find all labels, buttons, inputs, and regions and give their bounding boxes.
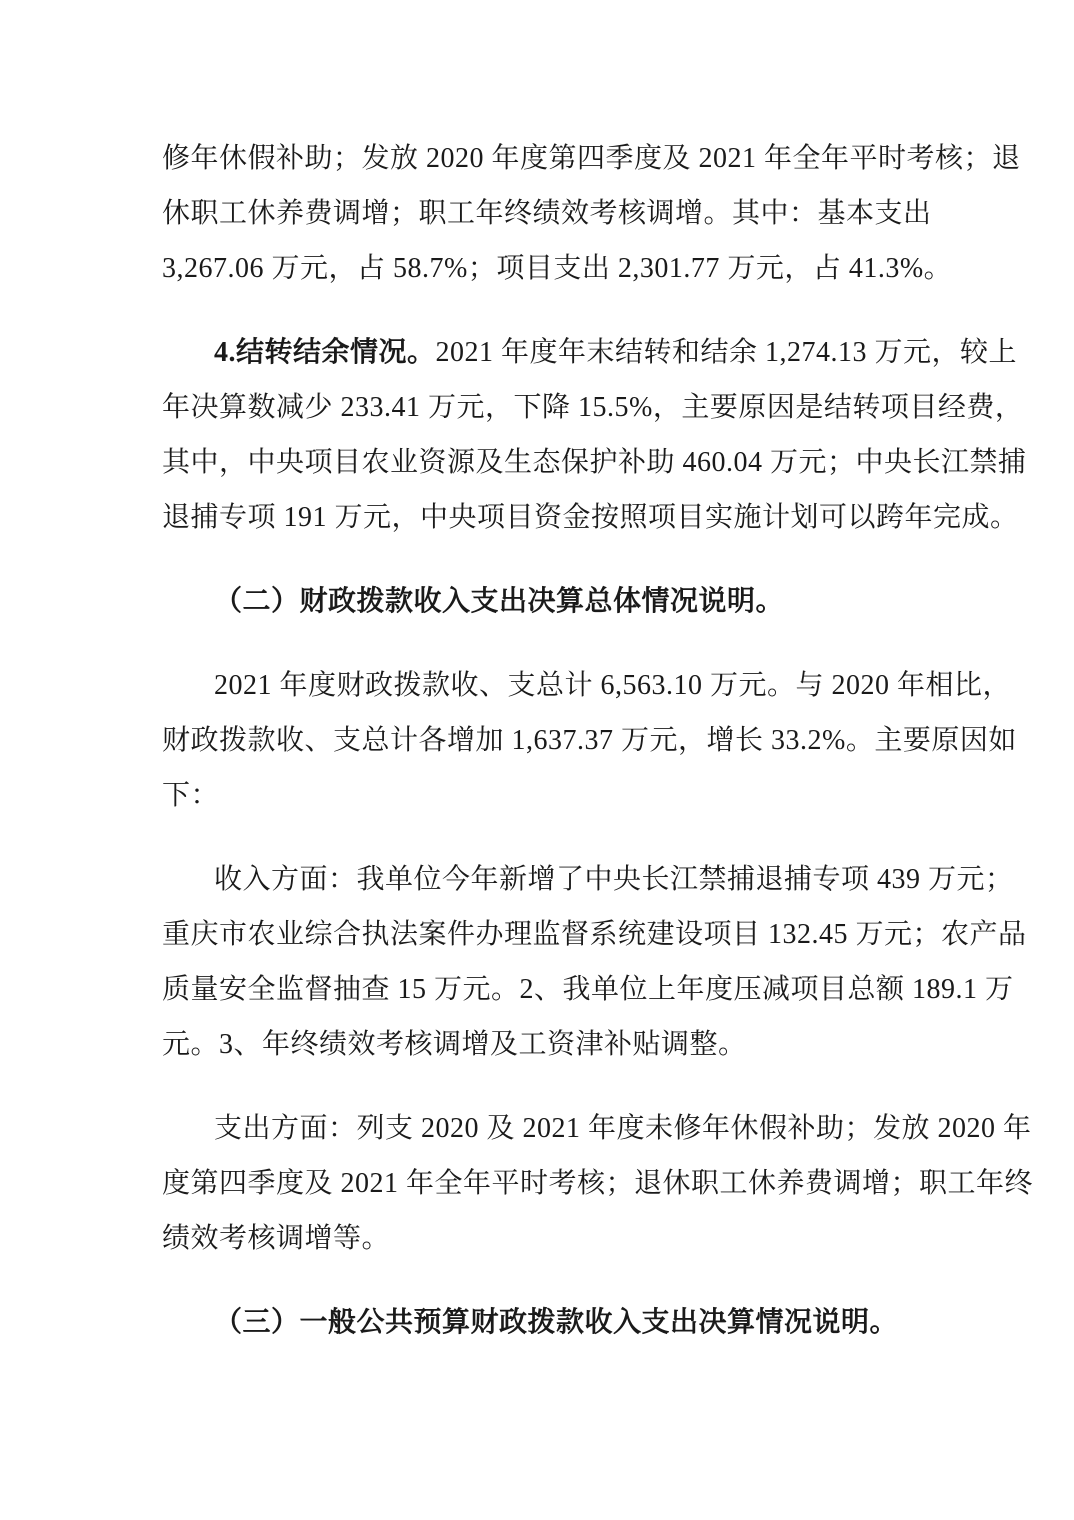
body-line: 下： xyxy=(162,768,919,823)
body-line: 休职工休养费调增；职工年终绩效考核调增。其中：基本支出 xyxy=(162,186,919,241)
section-heading-two: （二）财政拨款收入支出决算总体情况说明。 xyxy=(162,574,919,629)
body-line: 财政拨款收、支总计各增加 1,637.37 万元，增长 33.2%。主要原因如 xyxy=(162,713,919,768)
paragraph-income-side: 收入方面：我单位今年新增了中央长江禁捕退捕专项 439 万元； 重庆市农业综合执… xyxy=(162,852,919,1072)
paragraph-lead-rest: 2021 年度年末结转和结余 1,274.13 万元，较上 xyxy=(436,337,1018,368)
body-line: 修年休假补助；发放 2020 年度第四季度及 2021 年全年平时考核；退 xyxy=(162,131,919,186)
paragraph-lead-bold: 4.结转结余情况。 xyxy=(214,337,436,368)
body-line: 4.结转结余情况。2021 年度年末结转和结余 1,274.13 万元，较上 xyxy=(162,325,919,380)
paragraph-fiscal-total: 2021 年度财政拨款收、支总计 6,563.10 万元。与 2020 年相比，… xyxy=(162,658,919,823)
body-line: 度第四季度及 2021 年全年平时考核；退休职工休养费调增；职工年终 xyxy=(162,1156,919,1211)
body-line: 绩效考核调增等。 xyxy=(162,1211,919,1266)
paragraph-basic-project-expense: 修年休假补助；发放 2020 年度第四季度及 2021 年全年平时考核；退 休职… xyxy=(162,131,919,296)
body-line: 收入方面：我单位今年新增了中央长江禁捕退捕专项 439 万元； xyxy=(162,852,919,907)
paragraph-expense-side: 支出方面：列支 2020 及 2021 年度未修年休假补助；发放 2020 年 … xyxy=(162,1101,919,1266)
section-heading-three: （三）一般公共预算财政拨款收入支出决算情况说明。 xyxy=(162,1295,919,1350)
body-line: 退捕专项 191 万元，中央项目资金按照项目实施计划可以跨年完成。 xyxy=(162,490,919,545)
body-line: 年决算数减少 233.41 万元，下降 15.5%，主要原因是结转项目经费， xyxy=(162,380,919,435)
body-line: 重庆市农业综合执法案件办理监督系统建设项目 132.45 万元；农产品 xyxy=(162,907,919,962)
body-line: 2021 年度财政拨款收、支总计 6,563.10 万元。与 2020 年相比， xyxy=(162,658,919,713)
document-page: 修年休假补助；发放 2020 年度第四季度及 2021 年全年平时考核；退 休职… xyxy=(0,0,1074,1520)
body-line: 元。3、年终绩效考核调增及工资津补贴调整。 xyxy=(162,1017,919,1072)
body-line: 质量安全监督抽查 15 万元。2、我单位上年度压减项目总额 189.1 万 xyxy=(162,962,919,1017)
body-line: 支出方面：列支 2020 及 2021 年度未修年休假补助；发放 2020 年 xyxy=(162,1101,919,1156)
body-line: 其中，中央项目农业资源及生态保护补助 460.04 万元；中央长江禁捕 xyxy=(162,435,919,490)
paragraph-carryover-balance: 4.结转结余情况。2021 年度年末结转和结余 1,274.13 万元，较上 年… xyxy=(162,325,919,545)
document-body: 修年休假补助；发放 2020 年度第四季度及 2021 年全年平时考核；退 休职… xyxy=(0,0,1074,1350)
body-line: 3,267.06 万元，占 58.7%；项目支出 2,301.77 万元，占 4… xyxy=(162,241,919,296)
